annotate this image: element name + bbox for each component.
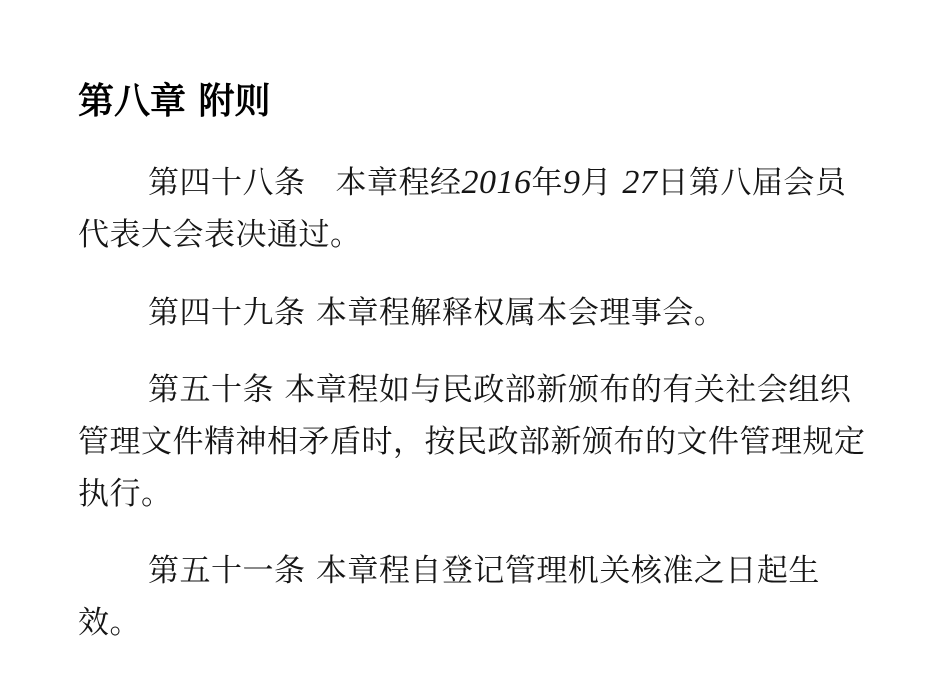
article-number: 第五十一条 — [148, 553, 306, 589]
article-49: 第四十九条 本章程解释权属本会理事会。 — [78, 287, 868, 339]
article-number: 第四十八条 — [148, 165, 306, 201]
article-text-part: 本章程经 — [336, 165, 462, 201]
article-48: 第四十八条本章程经2016年9月 27日第八届会员代表大会表决通过。 — [78, 157, 868, 261]
article-50: 第五十条 本章程如与民政部新颁布的有关社会组织管理文件精神相矛盾时，按民政部新颁… — [78, 364, 868, 520]
document-page: 第八章 附则 第四十八条本章程经2016年9月 27日第八届会员代表大会表决通过… — [0, 0, 932, 698]
article-text-part: 月 — [581, 165, 623, 201]
article-text: 本章程解释权属本会理事会。 — [316, 295, 726, 331]
article-text-part: 年 — [532, 165, 564, 201]
month-value: 9 — [563, 164, 581, 201]
article-number: 第五十条 — [148, 372, 274, 408]
day-value: 27 — [622, 164, 657, 201]
chapter-heading: 第八章 附则 — [78, 78, 271, 126]
year-value: 2016 — [462, 164, 532, 201]
article-number: 第四十九条 — [148, 295, 306, 331]
article-51: 第五十一条 本章程自登记管理机关核准之日起生效。 — [78, 545, 868, 649]
